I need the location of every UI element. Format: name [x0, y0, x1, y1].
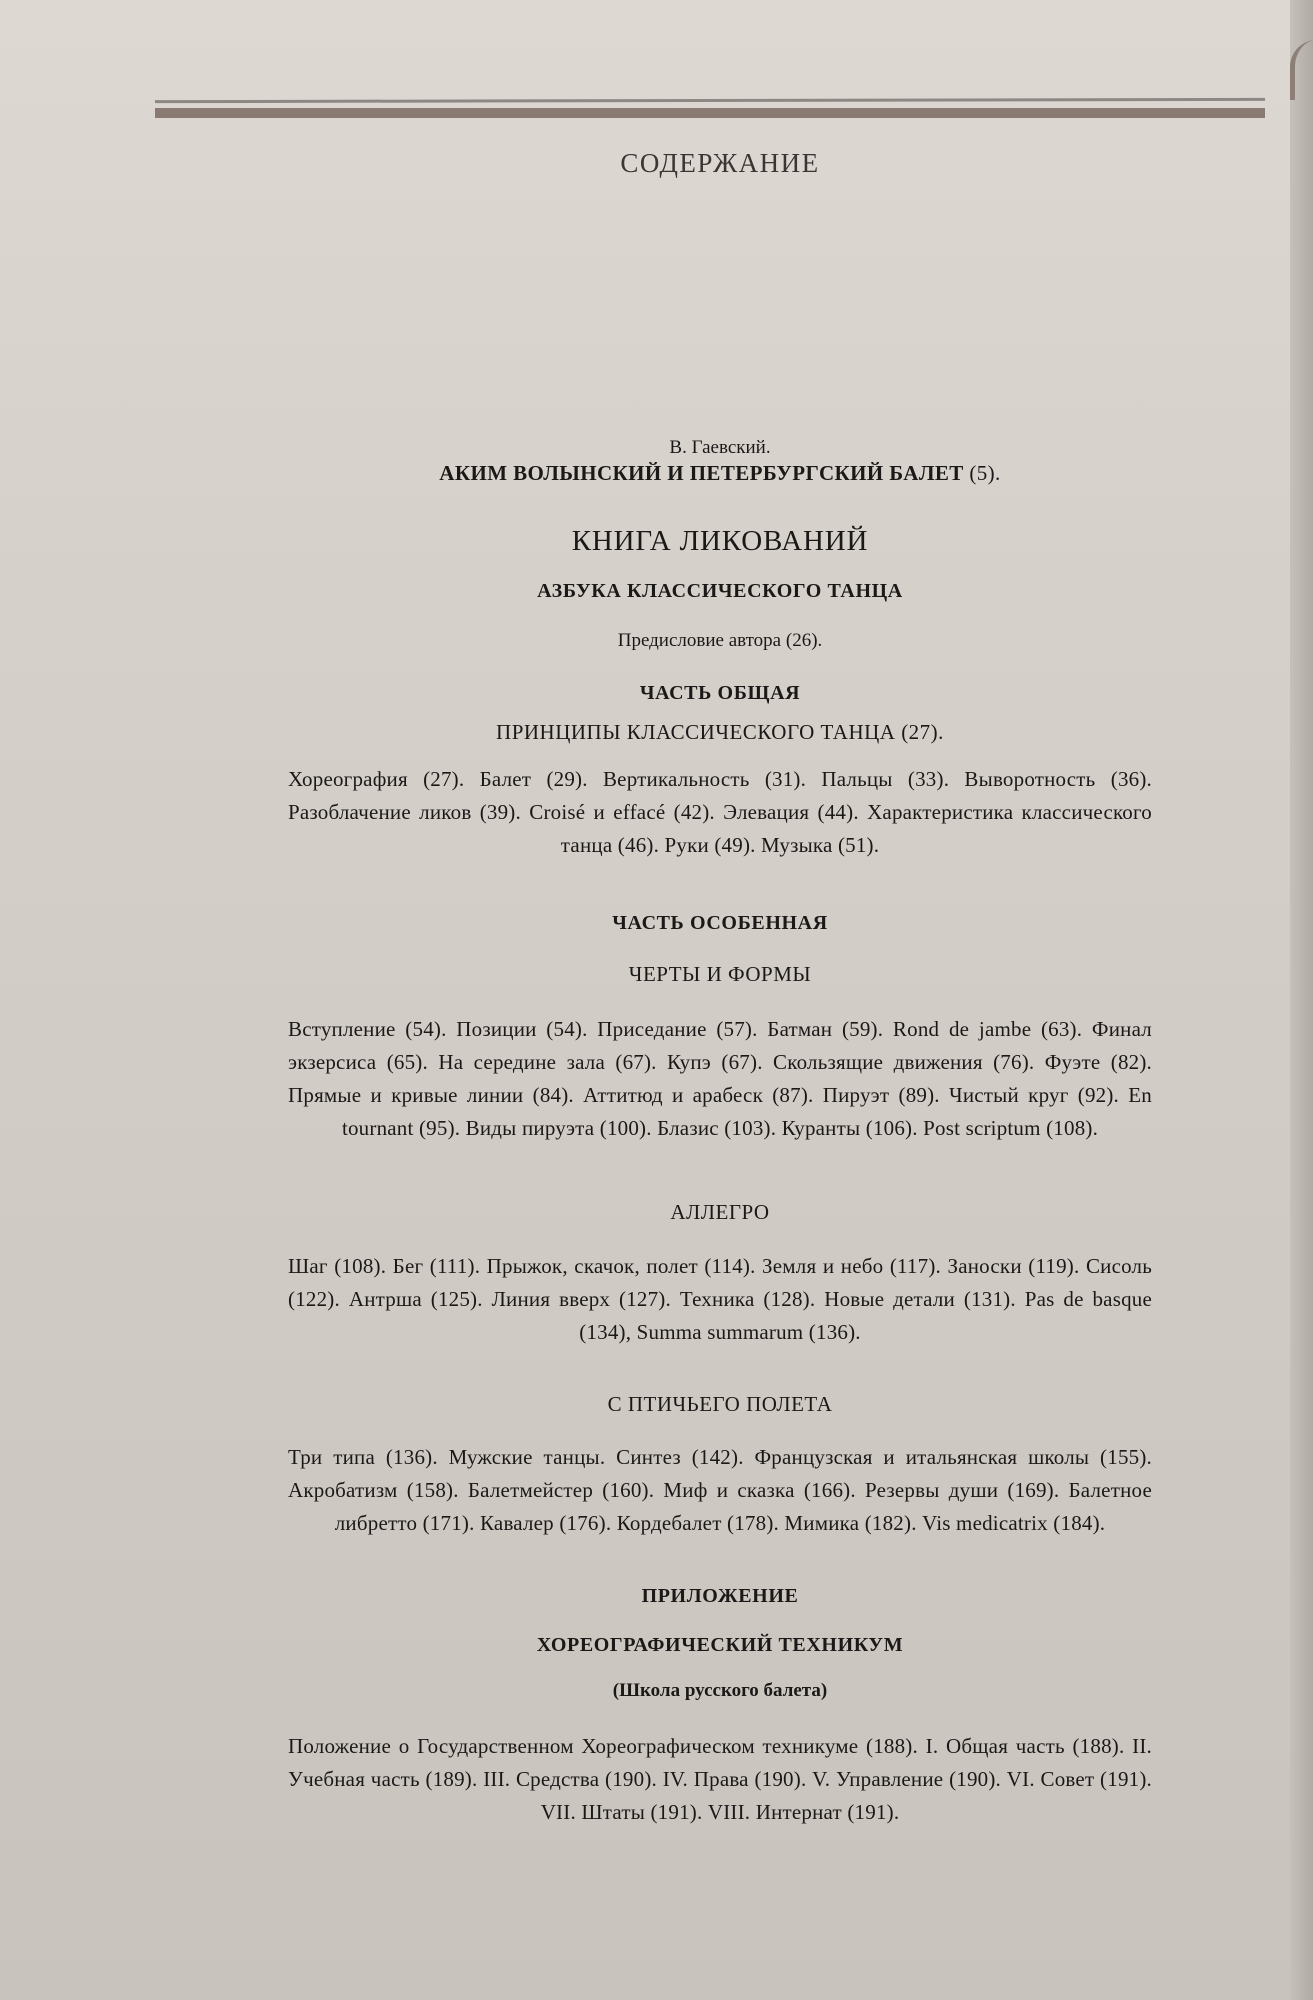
part-special-heading: ЧАСТЬ ОСОБЕННАЯ: [290, 912, 1150, 935]
section-title: ЧЕРТЫ И ФОРМЫ: [290, 962, 1150, 987]
part-general-section: ПРИНЦИПЫ КЛАССИЧЕСКОГО ТАНЦА (27).: [290, 720, 1150, 745]
book-title: КНИГА ЛИКОВАНИЙ: [290, 525, 1150, 558]
next-page-edge: [1290, 0, 1313, 2000]
preface-entry: Предисловие автора (26).: [290, 630, 1150, 652]
appendix-entries: Положение о Государственном Хореографиче…: [288, 1730, 1152, 1829]
part-general-heading: ЧАСТЬ ОБЩАЯ: [290, 682, 1150, 705]
appendix-section: ХОРЕОГРАФИЧЕСКИЙ ТЕХНИКУМ: [290, 1634, 1150, 1657]
intro-essay-page: (5).: [969, 461, 1000, 485]
toc-title: СОДЕРЖАНИЕ: [290, 148, 1150, 179]
book-page: СОДЕРЖАНИЕ В. Гаевский. АКИМ ВОЛЫНСКИЙ И…: [0, 0, 1290, 2000]
book-subtitle: АЗБУКА КЛАССИЧЕСКОГО ТАНЦА: [290, 580, 1150, 603]
intro-essay: АКИМ ВОЛЫНСКИЙ И ПЕТЕРБУРГСКИЙ БАЛЕТ (5)…: [290, 461, 1150, 486]
part-general-entries: Хореография (27). Балет (29). Вертикальн…: [288, 763, 1152, 862]
section-entries: Вступление (54). Позиции (54). Приседани…: [288, 1013, 1152, 1145]
appendix-heading: ПРИЛОЖЕНИЕ: [290, 1585, 1150, 1608]
intro-essay-title: АКИМ ВОЛЫНСКИЙ И ПЕТЕРБУРГСКИЙ БАЛЕТ: [439, 461, 963, 485]
intro-author: В. Гаевский.: [290, 437, 1150, 459]
section-title: АЛЛЕГРО: [290, 1200, 1150, 1225]
header-rule-thick: [155, 108, 1265, 118]
header-rule-thin: [155, 98, 1265, 103]
section-entries: Шаг (108). Бег (111). Прыжок, скачок, по…: [288, 1250, 1152, 1349]
section-title: С ПТИЧЬЕГО ПОЛЕТА: [290, 1392, 1150, 1417]
appendix-subsection: (Школа русского балета): [290, 1680, 1150, 1702]
section-entries: Три типа (136). Мужские танцы. Синтез (1…: [288, 1441, 1152, 1540]
